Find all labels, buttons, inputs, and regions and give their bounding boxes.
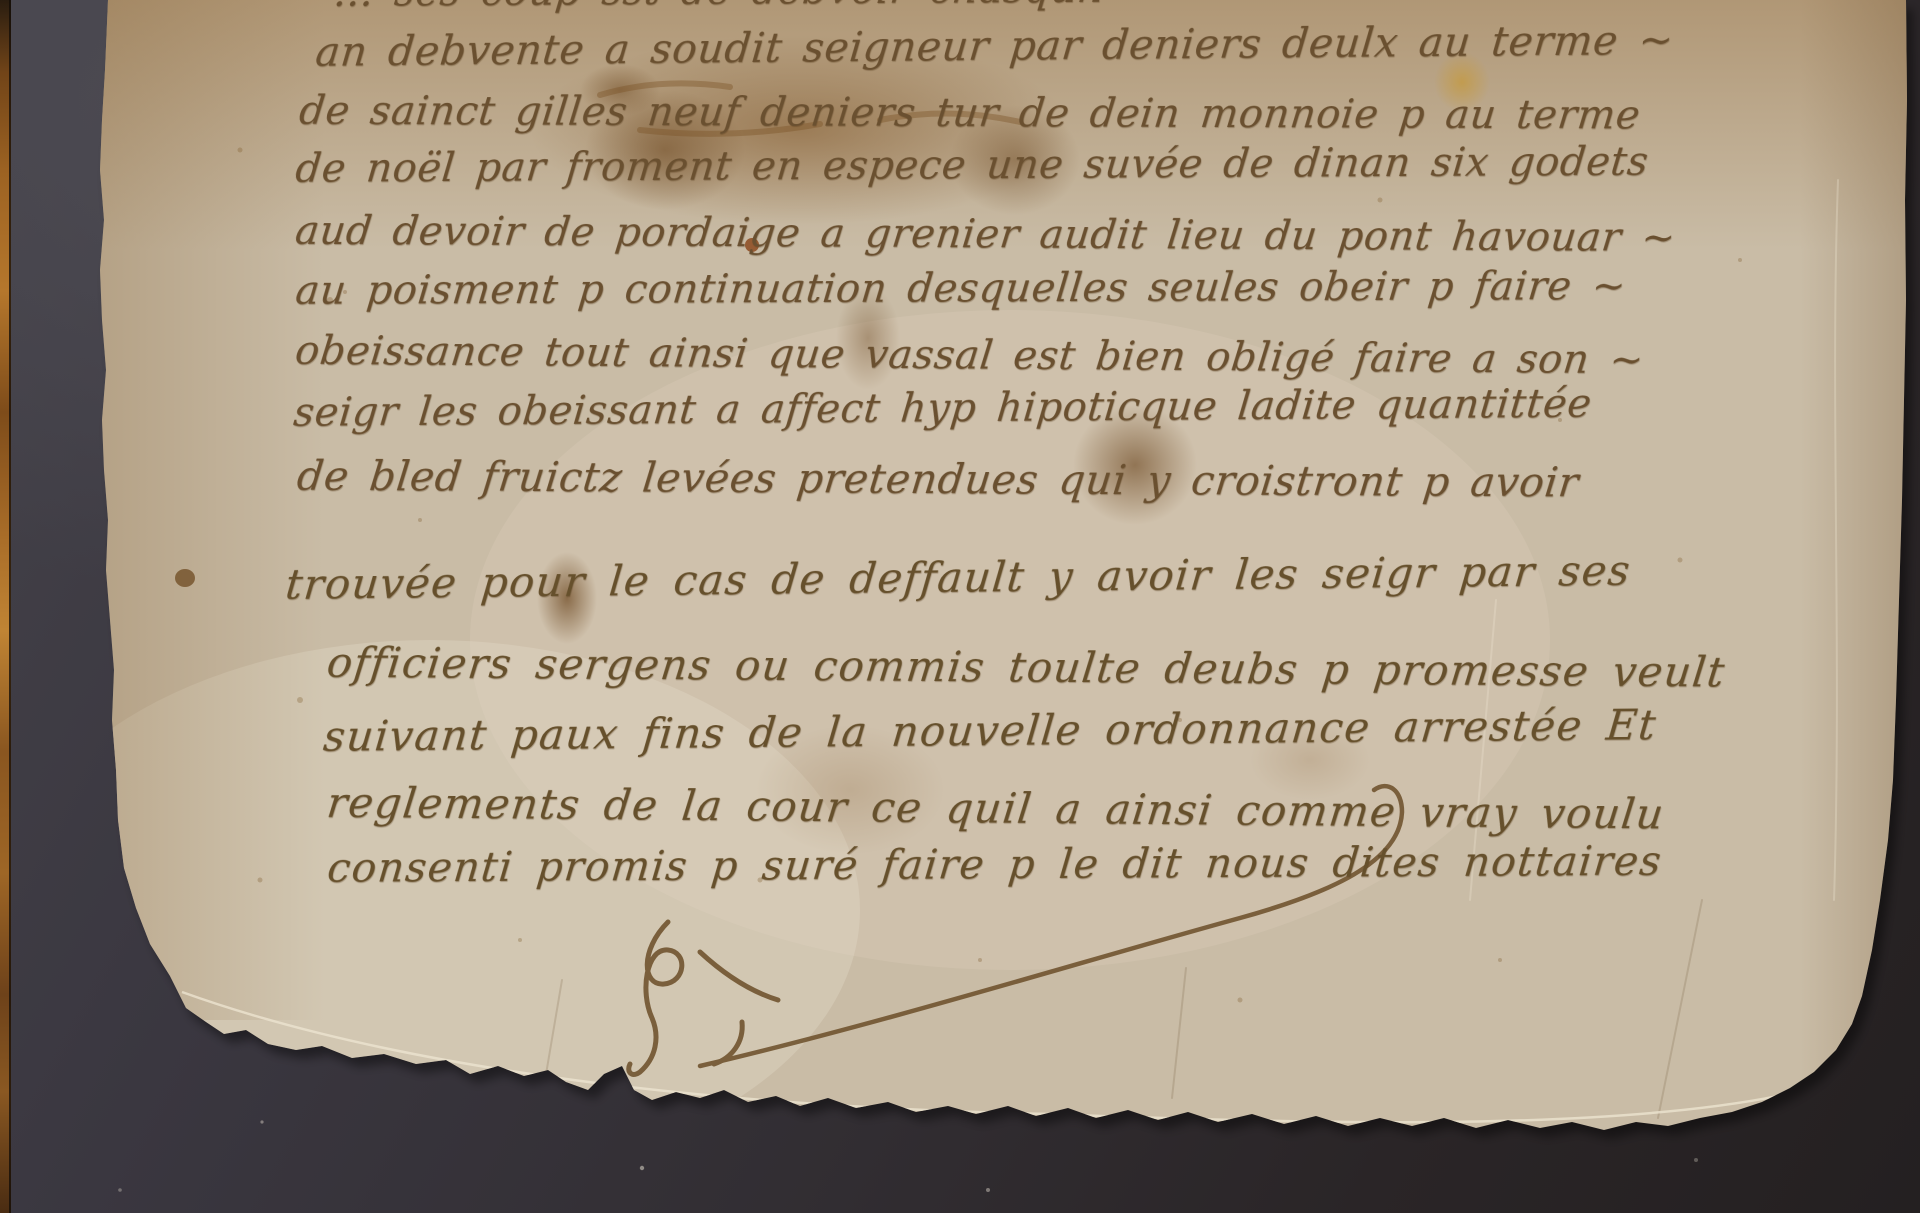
manuscript-line-2: an debvente a soudit seigneur par denier… xyxy=(313,16,1676,76)
manuscript-line-9: de bled fruictz levées pretendues qui y … xyxy=(295,452,1582,507)
manuscript-line-8: seigr les obeissant a affect hyp hipotic… xyxy=(291,381,1593,436)
manuscript-line-1: … ses coup sst de debvoir chasqun ~ xyxy=(331,0,1160,16)
manuscript-line-6: au poisment p continuation desquelles se… xyxy=(293,263,1628,314)
manuscript-line-10: trouvée pour le cas de deffault y avoir … xyxy=(283,546,1633,609)
manuscript-line-13: reglements de la cour ce quil a ainsi co… xyxy=(324,778,1667,839)
manuscript-line-7: obeissance tout ainsi que vassal est bie… xyxy=(293,328,1647,383)
manuscript-line-5: aud devoir de pordaige a grenier audit l… xyxy=(293,208,1678,261)
manuscript-line-3: de sainct gilles neuf deniers tur de dei… xyxy=(297,88,1643,139)
manuscript-line-14: consenti promis p suré faire p le dit no… xyxy=(325,837,1664,892)
handwriting-layer: … ses coup sst de debvoir chasqun ~ an d… xyxy=(0,0,1920,1213)
manuscript-line-12: suivant paux fins de la nouvelle ordonna… xyxy=(321,700,1659,761)
manuscript-line-11: officiers sergens ou commis toulte deubs… xyxy=(325,638,1729,697)
manuscript-line-4: de noël par froment en espece une suvée … xyxy=(293,139,1650,192)
manuscript-photo: … ses coup sst de debvoir chasqun ~ an d… xyxy=(0,0,1920,1213)
